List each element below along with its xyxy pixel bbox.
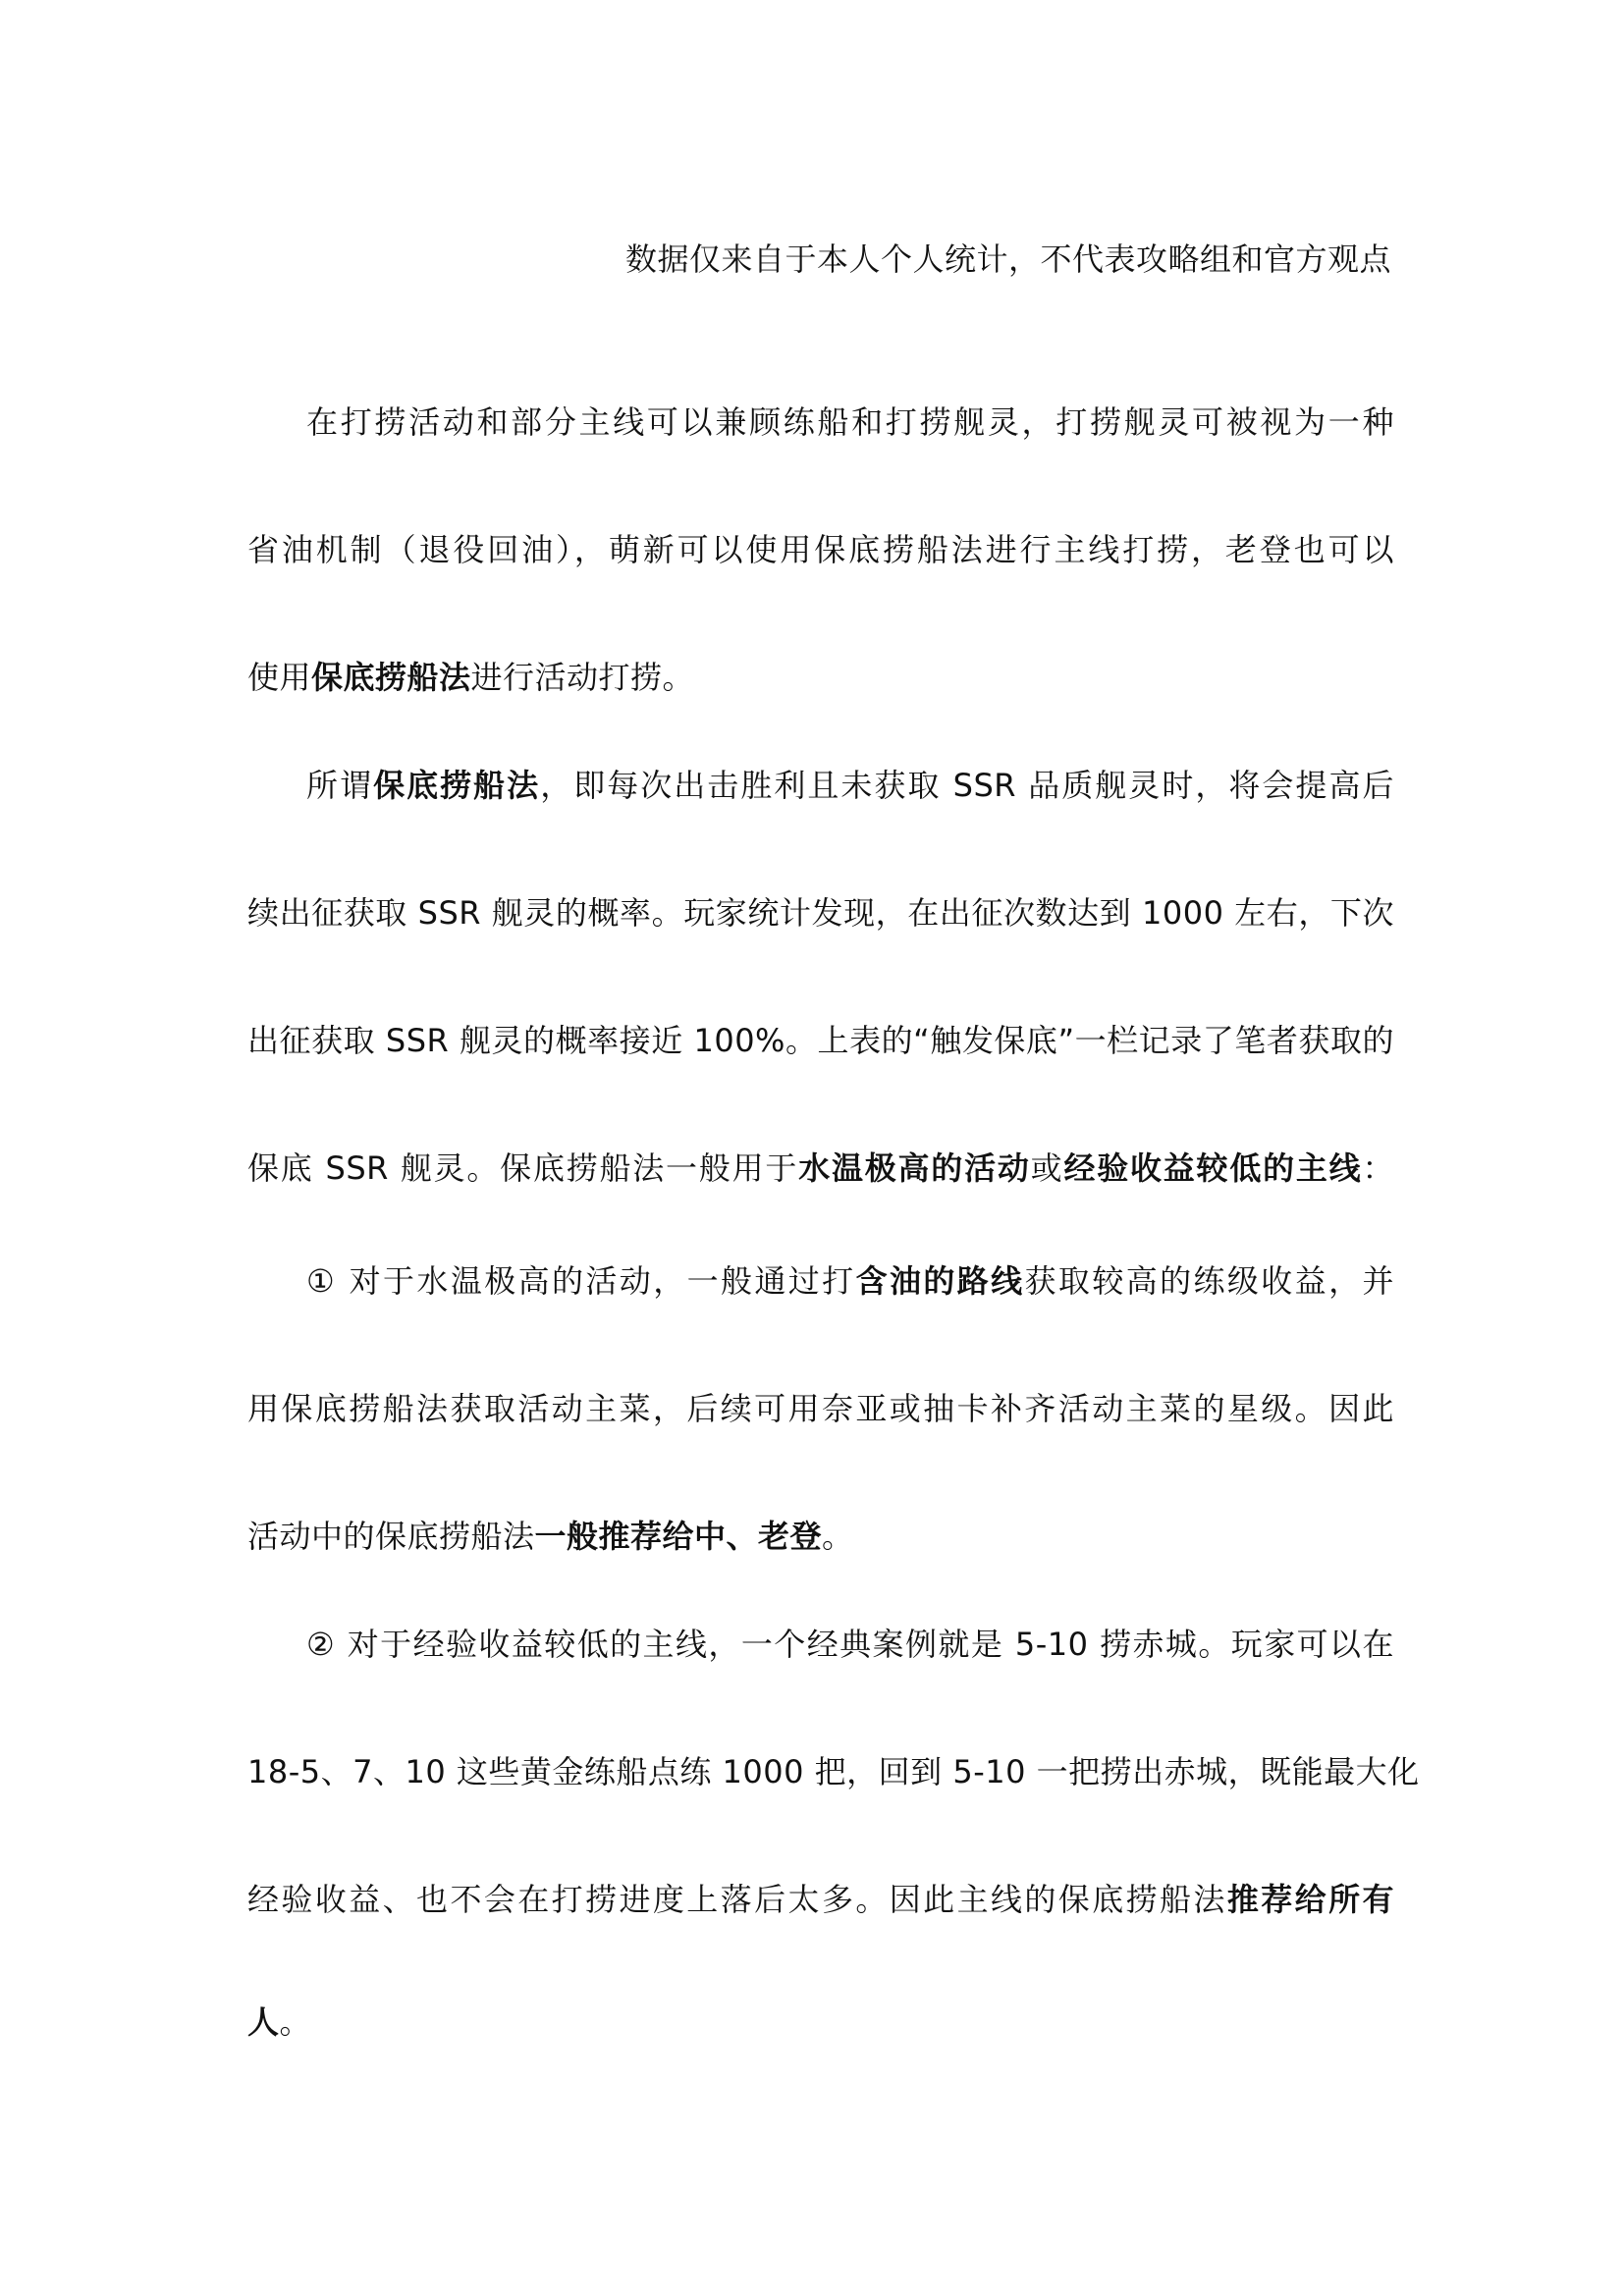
bold-term: 保底捞船法 [311,659,471,696]
paragraph-1-line-1: 在打捞活动和部分主线可以兼顾练船和打捞舰灵，打捞舰灵可被视为一种 [306,399,1394,446]
paragraph-2-line-1: 所谓保底捞船法，即每次出击胜利且未获取 SSR 品质舰灵时，将会提高后 [306,762,1394,809]
text-segment: 使用 [247,659,311,696]
paragraph-3-line-1: ① 对于水温极高的活动，一般通过打含油的路线获取较高的练级收益，并 [306,1257,1394,1305]
text-segment: 续出征获取 SSR 舰灵的概率。玩家统计发现，在出征次数达到 1000 左右，下… [247,894,1394,932]
paragraph-1-line-3: 使用保底捞船法进行活动打捞。 [247,654,1394,701]
paragraph-2-line-4: 保底 SSR 舰灵。保底捞船法一般用于水温极高的活动或经验收益较低的主线： [247,1145,1394,1192]
paragraph-1-line-2: 省油机制（退役回油），萌新可以使用保底捞船法进行主线打捞，老登也可以 [247,526,1394,573]
text-segment: ： [1362,1149,1394,1187]
paragraph-4-line-2: 18-5、7、10 这些黄金练船点练 1000 把，回到 5-10 一把捞出赤城… [247,1748,1394,1795]
text-segment: 活动中的保底捞船法 [247,1518,535,1555]
paragraph-4-line-1: ② 对于经验收益较低的主线，一个经典案例就是 5-10 捞赤城。玩家可以在 [306,1621,1394,1668]
paragraph-4-line-4: 人。 [247,1999,1394,2046]
bold-term: 经验收益较低的主线 [1063,1149,1362,1187]
text-segment: 出征获取 SSR 舰灵的概率接近 100%。上表的“触发保底”一栏记录了笔者获取… [247,1022,1394,1059]
text-segment: 获取较高的练级收益，并 [1025,1262,1394,1300]
text-segment: 省油机制（退役回油），萌新可以使用保底捞船法进行主线打捞，老登也可以 [247,531,1394,568]
text-segment: 保底 SSR 舰灵。保底捞船法一般用于 [247,1149,798,1187]
paragraph-4-line-3: 经验收益、也不会在打捞进度上落后太多。因此主线的保底捞船法推荐给所有 [247,1876,1394,1923]
text-segment: ② 对于经验收益较低的主线，一个经典案例就是 5-10 捞赤城。玩家可以在 [306,1626,1394,1663]
document-page: 数据仅来自于本人个人统计，不代表攻略组和官方观点 在打捞活动和部分主线可以兼顾练… [0,0,1624,2296]
bold-term: 一般推荐给中、老登 [535,1518,823,1555]
bold-term: 推荐给所有 [1227,1881,1394,1918]
text-segment: 用保底捞船法获取活动主菜，后续可用奈亚或抽卡补齐活动主菜的星级。因此 [247,1390,1394,1427]
bold-term: 水温极高的活动 [798,1149,1030,1187]
text-segment: 经验收益、也不会在打捞进度上落后太多。因此主线的保底捞船法 [247,1881,1227,1918]
text-segment: 。 [280,2003,312,2041]
text-segment: 进行活动打捞。 [471,659,695,696]
text-segment: 所谓 [306,767,373,804]
paragraph-3-line-2: 用保底捞船法获取活动主菜，后续可用奈亚或抽卡补齐活动主菜的星级。因此 [247,1385,1394,1432]
text-segment: 或 [1031,1149,1064,1187]
text-segment: 在打捞活动和部分主线可以兼顾练船和打捞舰灵，打捞舰灵可被视为一种 [306,403,1394,441]
text-segment: 。 [822,1518,854,1555]
bold-term: 含油的路线 [856,1262,1025,1300]
paragraph-3-line-3: 活动中的保底捞船法一般推荐给中、老登。 [247,1513,1394,1560]
bold-term: 保底捞船法 [373,767,540,804]
disclaimer-text: 数据仅来自于本人个人统计，不代表攻略组和官方观点 [625,236,1391,283]
paragraph-2-line-3: 出征获取 SSR 舰灵的概率接近 100%。上表的“触发保底”一栏记录了笔者获取… [247,1017,1394,1064]
text-segment: 18-5、7、10 这些黄金练船点练 1000 把，回到 5-10 一把捞出赤城… [247,1753,1420,1790]
paragraph-2-line-2: 续出征获取 SSR 舰灵的概率。玩家统计发现，在出征次数达到 1000 左右，下… [247,889,1394,936]
text-segment: ① 对于水温极高的活动，一般通过打 [306,1262,856,1300]
bold-term: 人 [247,2003,280,2041]
text-segment: ，即每次出击胜利且未获取 SSR 品质舰灵时，将会提高后 [540,767,1394,804]
